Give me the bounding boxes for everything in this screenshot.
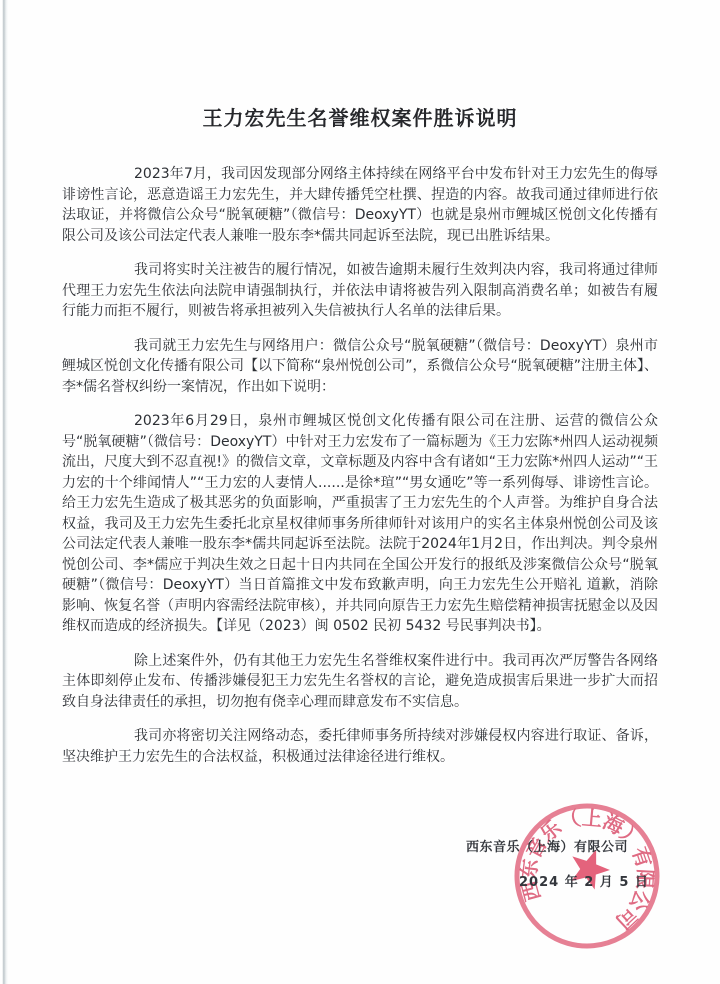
scan-edge-artifact <box>0 0 8 984</box>
document-title: 王力宏先生名誉维权案件胜诉说明 <box>62 102 658 131</box>
paragraph-judgment-details: 2023年6月29日，泉州市鲤城区悦创文化传播有限公司在注册、运营的微信公众号“… <box>62 411 658 637</box>
signature-date: 2024 年 2 月 5 日 <box>519 871 649 890</box>
paragraph-enforcement: 我司将实时关注被告的履行情况，如被告逾期未履行生效判决内容，我司将通过律师代理王… <box>62 260 658 322</box>
paragraph-warning: 除上述案件外，仍有其他王力宏先生名誉维权案件进行中。我司再次严厉警告各网络主体即… <box>62 651 658 713</box>
paragraph-case-parties: 我司就王力宏先生与网络用户：微信公众号“脱氧硬糖”（微信号：DeoxyYT）泉州… <box>62 336 658 398</box>
scanned-document-page: 王力宏先生名誉维权案件胜诉说明 2023年7月，我司因发现部分网络主体持续在网络… <box>0 0 720 984</box>
document-body: 2023年7月，我司因发现部分网络主体持续在网络平台中发布针对王力宏先生的侮辱诽… <box>62 164 658 767</box>
signature-company: 西东音乐（上海）有限公司 <box>466 836 628 855</box>
paragraph-closing: 我司亦将密切关注网络动态，委托律师事务所持续对涉嫌侵权内容进行取证、备诉，坚决维… <box>62 726 658 767</box>
paragraph-intro-lawsuit: 2023年7月，我司因发现部分网络主体持续在网络平台中发布针对王力宏先生的侮辱诽… <box>62 164 658 246</box>
